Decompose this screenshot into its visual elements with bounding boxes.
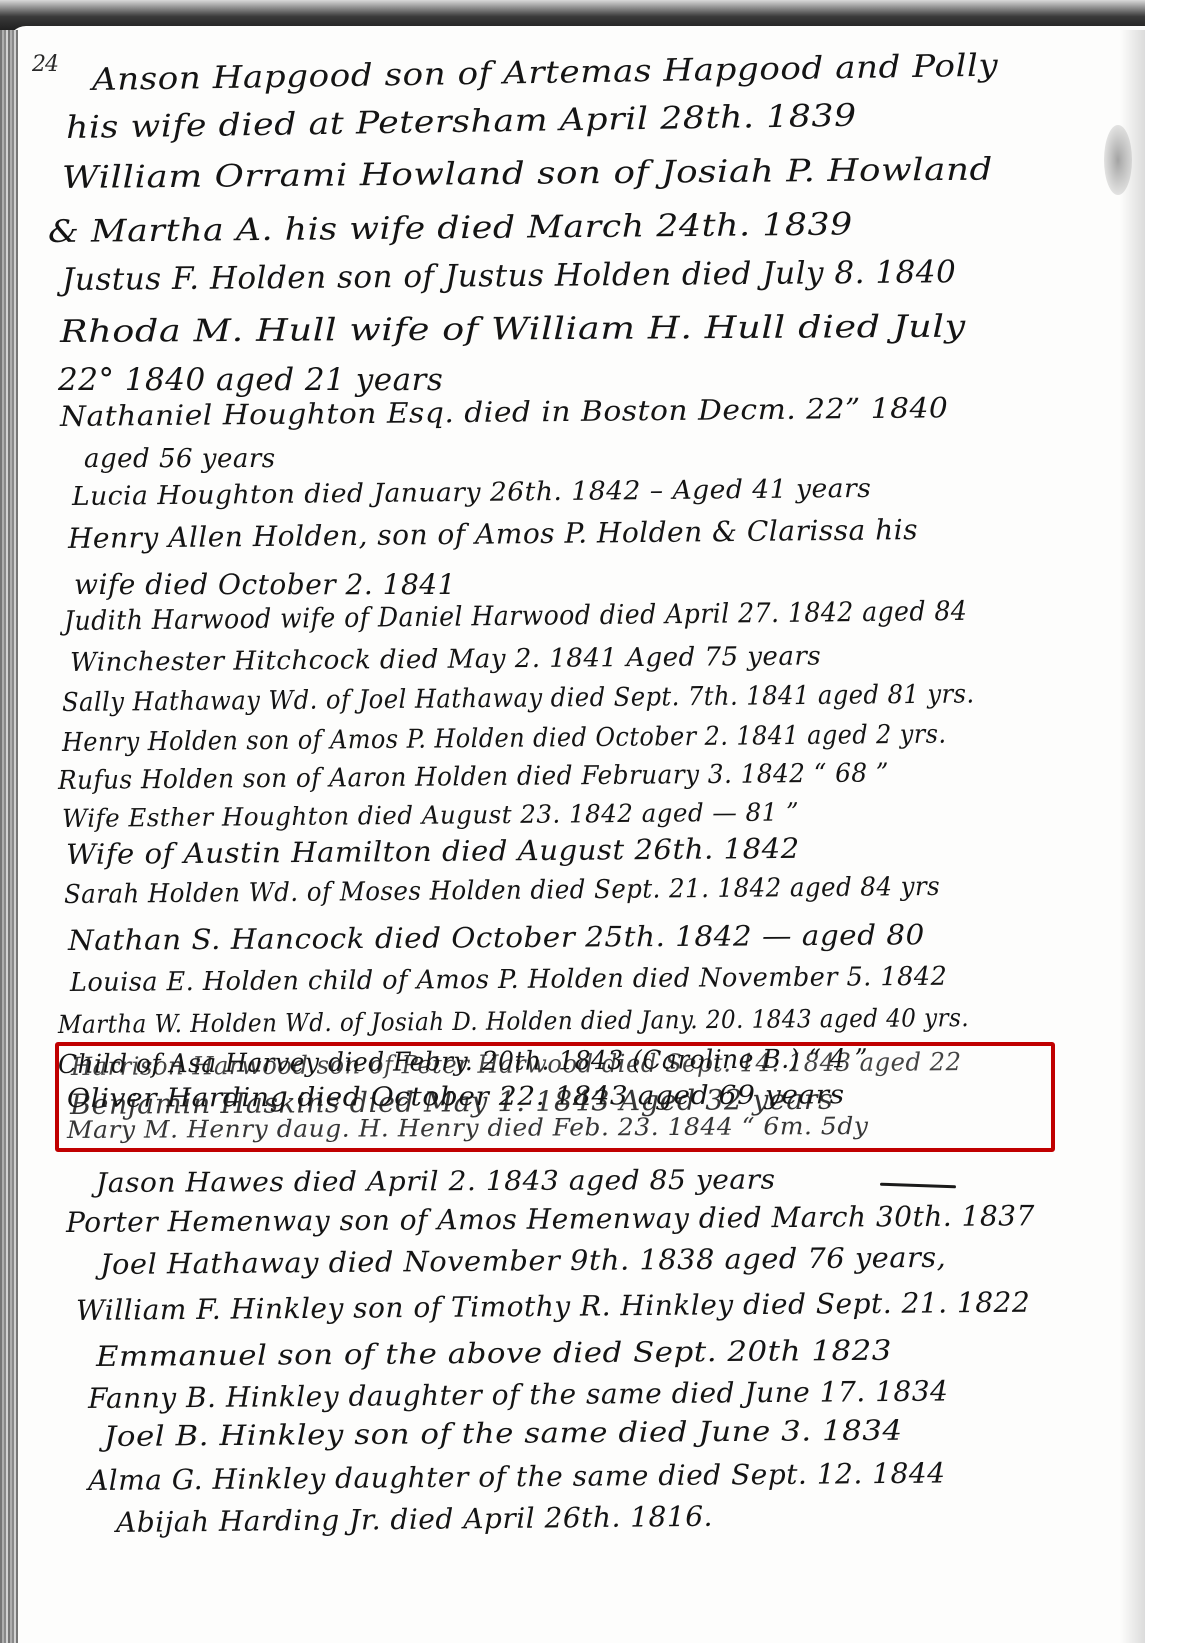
entry-line: Alma G. Hinkley daughter of the same die…: [88, 1457, 946, 1497]
pen-stroke: [880, 1183, 956, 1189]
register-entries-continued: Jason Hawes died April 2. 1843 aged 85 y…: [0, 0, 1145, 1643]
entry-line: Emmanuel son of the above died Sept. 20t…: [96, 1334, 892, 1373]
entry-line: Joel B. Hinkley son of the same died Jun…: [104, 1414, 903, 1453]
scanned-page: 24 Anson Hapgood son of Artemas Hapgood …: [0, 0, 1145, 1643]
entry-line: William F. Hinkley son of Timothy R. Hin…: [76, 1286, 1031, 1327]
entry-line: Abijah Harding Jr. died April 26th. 1816…: [116, 1500, 713, 1539]
entry-line: Joel Hathaway died November 9th. 1838 ag…: [100, 1241, 947, 1281]
entry-line: Jason Hawes died April 2. 1843 aged 85 y…: [96, 1165, 776, 1199]
entry-line: Porter Hemenway son of Amos Hemenway die…: [66, 1199, 1035, 1239]
entry-line: Fanny B. Hinkley daughter of the same di…: [88, 1374, 949, 1415]
